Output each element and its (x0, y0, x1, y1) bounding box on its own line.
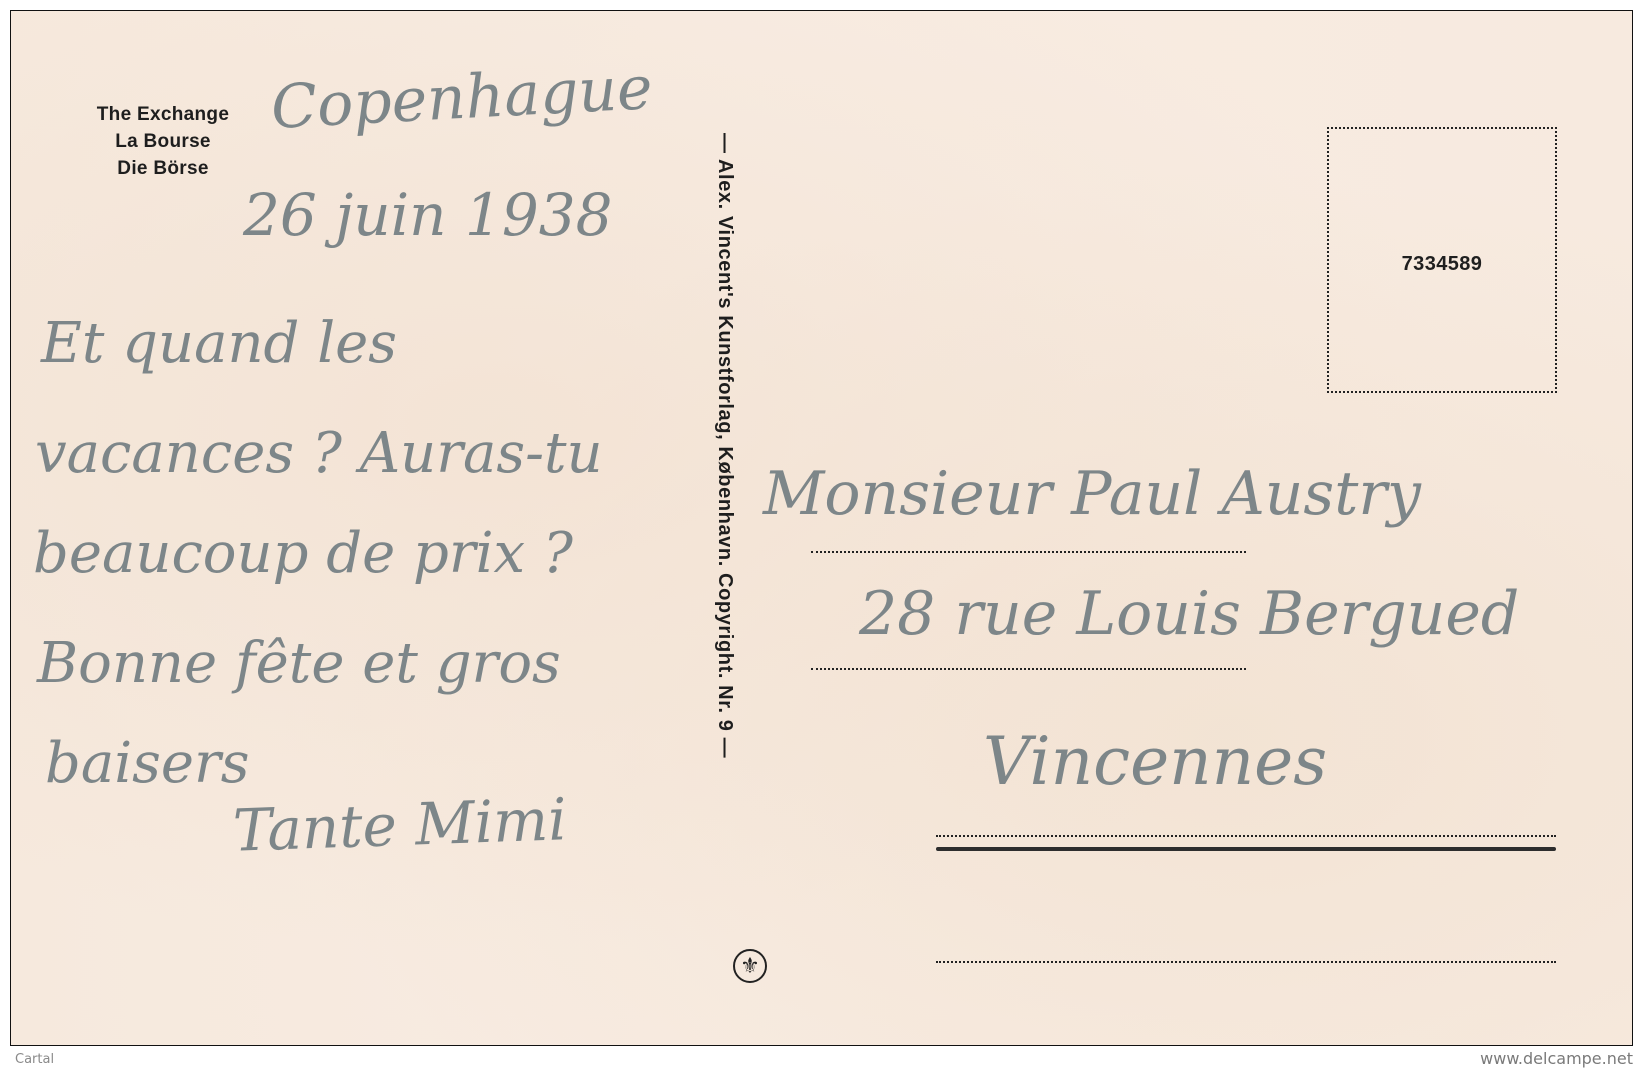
message-line-1: Et quand les (41, 311, 397, 376)
message-line-5: baisers (45, 731, 250, 796)
address-dotted-line-2 (811, 668, 1246, 670)
footer-seller: Cartal (15, 1052, 54, 1067)
stamp-box: 7334589 (1327, 127, 1557, 393)
message-line-2: vacances ? Auras-tu (35, 421, 603, 486)
caption-french: La Bourse (63, 128, 263, 155)
caption-german: Die Börse (63, 155, 263, 182)
message-line-3: beaucoup de prix ? (33, 521, 573, 586)
printed-caption: The Exchange La Bourse Die Börse (63, 101, 263, 182)
address-line-1: Monsieur Paul Austry (763, 459, 1421, 529)
address-dotted-line-4 (936, 961, 1556, 963)
address-solid-line (936, 847, 1556, 851)
caption-english: The Exchange (63, 101, 263, 128)
address-line-2: 28 rue Louis Bergued (859, 579, 1519, 649)
address-line-3: Vincennes (983, 723, 1327, 800)
handwritten-place: Copenhague (269, 53, 654, 143)
publisher-imprint: — Alex. Vincent's Kunstforlag, København… (713, 133, 736, 758)
message-line-4: Bonne fête et gros (37, 631, 561, 696)
handwritten-date: 26 juin 1938 (243, 181, 613, 249)
address-dotted-line-1 (811, 551, 1246, 553)
signature: Tante Mimi (232, 785, 568, 865)
footer-website-link[interactable]: www.delcampe.net (1480, 1049, 1633, 1068)
postcard-back: The Exchange La Bourse Die Börse Copenha… (10, 10, 1633, 1046)
stamp-box-number: 7334589 (1329, 253, 1555, 276)
fleur-de-lis-icon: ⚜ (733, 949, 767, 983)
address-dotted-line-3 (936, 835, 1556, 837)
